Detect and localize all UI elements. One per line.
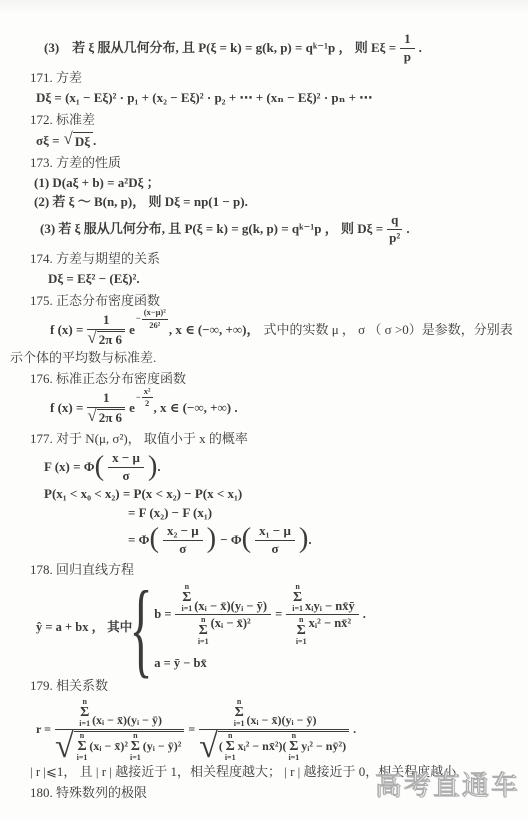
exponent-minus: − <box>136 314 141 323</box>
fraction-denominator: σ <box>271 541 278 557</box>
slope-equation: b = nΣi=1 (xᵢ − x̄)(yᵢ − ȳ) nΣi=1 (xᵢ − … <box>154 583 366 646</box>
fraction-denominator: p <box>404 49 411 65</box>
exponent-numerator: (x−μ)² <box>142 308 168 319</box>
minus-phi: − Φ <box>220 532 241 549</box>
formula-geometric-expectation: (3) 若 ξ 服从几何分布, 且 P(ξ = k) = g(k, p) = q… <box>44 32 514 65</box>
heading-176: 176. 标准正态分布密度函数 <box>30 371 514 388</box>
euler-e: e <box>129 322 135 339</box>
heading-175: 175. 正态分布密度函数 <box>30 293 514 310</box>
radical-icon: √ <box>55 733 74 761</box>
sigma-icon: Σ <box>226 740 235 754</box>
formula-173-2: (2) 若 ξ ～ B(n, p)， 则 Dξ = np(1 − p). <box>34 194 514 211</box>
radicand: 2π 6 <box>97 409 125 426</box>
b-equals: b = <box>154 606 171 622</box>
r-equals: r = <box>36 722 51 738</box>
fraction-denominator: σ <box>179 541 186 557</box>
fraction-denominator: nΣi=1 (xᵢ − x̄)² <box>196 615 251 646</box>
formula-lhs: f (x) = <box>50 400 83 417</box>
formula-end: . <box>406 221 409 238</box>
fraction-denominator: nΣi=1 xᵢ² − nx̄² <box>294 615 351 646</box>
formula-177-phi-diff: = Φ ( x₂ − μ σ ) − Φ ( x₁ − μ σ ) . <box>128 524 514 557</box>
system-rows: b = nΣi=1 (xᵢ − x̄)(yᵢ − ȳ) nΣi=1 (xᵢ − … <box>154 583 366 671</box>
exponent-denominator: 26² <box>149 320 160 330</box>
sum-lower: i=1 <box>296 638 307 646</box>
sigma-icon: Σ <box>131 740 140 754</box>
formula-lhs: f (x) = <box>50 322 83 339</box>
fraction: 1 √ 2π 6 <box>87 313 125 348</box>
formula-174: Dξ = Eξ² − (Eξ)². <box>48 271 514 288</box>
formula-text: (3) 若 ξ 服从几何分布, 且 P(ξ = k) = g(k, p) = q… <box>44 40 396 57</box>
exponent-numerator: x² <box>142 387 153 398</box>
sigma-icon: Σ <box>80 706 89 720</box>
sigma-icon: Σ <box>297 624 306 638</box>
fraction: 1 p <box>400 32 415 65</box>
scanned-formula-page: (3) 若 ξ 服从几何分布, 且 P(ξ = k) = g(k, p) = q… <box>0 0 528 820</box>
exponent-denominator: 2 <box>145 398 149 408</box>
summation: nΣi=1 <box>79 698 90 728</box>
fraction-denominator: √ nΣi=1 (xᵢ − x̄)² nΣi=1 (yᵢ − ȳ)² <box>55 730 184 762</box>
formula-178-regression: ŷ = a + bx ， 其中 { b = nΣi=1 (xᵢ − x̄)(yᵢ… <box>36 582 514 673</box>
sum-lower: i=1 <box>198 638 209 646</box>
page-content: (3) 若 ξ 服从几何分布, 且 P(ξ = k) = g(k, p) = q… <box>0 0 528 802</box>
fraction: x₂ − μ σ <box>163 524 203 557</box>
fraction-numerator: nΣi=1 xᵢyᵢ − nx̄ȳ <box>286 583 359 615</box>
fraction-numerator: x − μ <box>108 451 144 468</box>
fraction-numerator: x₁ − μ <box>255 524 295 541</box>
fraction-numerator: nΣi=1 (xᵢ − x̄)(yᵢ − ȳ) <box>55 698 184 730</box>
sum-lower: i=1 <box>288 754 299 762</box>
sum-lower: i=1 <box>225 754 236 762</box>
formula-tail-text: 式中的实数 μ ， σ （ σ >0）是参数，分别表 <box>263 322 512 339</box>
fraction-denominator: p² <box>389 230 400 246</box>
fraction-numerator: x₂ − μ <box>163 524 203 541</box>
heading-174: 174. 方差与期望的关系 <box>30 251 514 268</box>
fraction-denominator: σ <box>122 468 129 484</box>
fraction-numerator: nΣi=1 (xᵢ − x̄)(yᵢ − ȳ) <box>175 583 271 615</box>
fraction: x − μ σ <box>108 451 144 484</box>
formula-end: . <box>419 40 422 57</box>
sigma-icon: Σ <box>77 740 86 754</box>
heading-178: 178. 回归直线方程 <box>30 562 514 579</box>
radical-icon: √ <box>199 733 218 761</box>
formula-179-correlation: r = nΣi=1 (xᵢ − x̄)(yᵢ − ȳ) √ nΣi=1 (xᵢ … <box>36 698 514 762</box>
formula-lhs: σξ = <box>36 133 60 150</box>
exponent-fraction: x² 2 <box>142 387 153 409</box>
fraction-denominator: √ ( nΣi=1 xᵢ² − nx̄² )( nΣi=1 yᵢ² − nȳ² … <box>199 730 349 762</box>
sigma-icon: Σ <box>235 706 244 720</box>
radical-icon: √ <box>64 131 73 148</box>
radical-icon: √ <box>87 330 96 347</box>
watermark: 高考直通车 <box>375 769 520 804</box>
formula-177-F-diff: = F (x₂) − F (x₁) <box>128 505 514 522</box>
formula-text: (3) 若 ξ 服从几何分布, 且 P(ξ = k) = g(k, p) = q… <box>40 221 383 238</box>
formula-172-stddev: σξ = √ Dξ . <box>36 132 514 151</box>
summation: nΣi=1 <box>181 583 192 613</box>
radicand: Dξ <box>73 132 93 151</box>
formula-175-normal-density: f (x) = 1 √ 2π 6 e − (x−μ)² 26² , x ∈ (−… <box>50 313 514 348</box>
paren: ( <box>219 740 223 754</box>
radicand: nΣi=1 (xᵢ − x̄)² nΣi=1 (yᵢ − ȳ)² <box>74 731 185 762</box>
left-brace: { <box>130 576 153 678</box>
fraction-denominator: √ 2π 6 <box>87 408 125 426</box>
radicand: 2π 6 <box>97 331 125 348</box>
sum-lower: i=1 <box>130 754 141 762</box>
formula-end: . <box>157 459 160 476</box>
exponent-minus: − <box>136 393 141 402</box>
formula-domain: , x ∈ (−∞, +∞)， <box>169 322 260 339</box>
sigma-icon: Σ <box>182 591 191 605</box>
heading-173: 173. 方差的性质 <box>30 155 514 172</box>
sum-terms: xᵢ² − nx̄² <box>309 616 352 630</box>
intercept-equation: a = ȳ − bx̄ <box>154 655 366 671</box>
sum-lower: i=1 <box>77 754 88 762</box>
sum-lower: i=1 <box>79 720 90 728</box>
formula-end: . <box>363 606 366 622</box>
equals-phi: = Φ <box>128 532 149 549</box>
sum-terms: xᵢ² − nx̄² <box>238 740 279 754</box>
fraction: x₁ − μ σ <box>255 524 295 557</box>
sum-lower: i=1 <box>292 605 303 613</box>
paren: )( <box>278 740 286 754</box>
summation: nΣi=1 <box>130 732 141 762</box>
paren: ) <box>342 740 346 754</box>
formula-177-F: F (x) = Φ ( x − μ σ ) . <box>44 451 514 484</box>
euler-e: e <box>129 400 135 417</box>
formula-end: . <box>93 133 96 150</box>
formula-176-standard-normal: f (x) = 1 √ 2π 6 e − x² 2 , x ∈ (−∞, +∞)… <box>50 391 514 426</box>
formula-173-1: (1) D(aξ + b) = a²Dξ ； <box>34 175 514 192</box>
sigma-icon: Σ <box>289 740 298 754</box>
fraction: q p² <box>387 213 402 246</box>
sum-terms: (yᵢ − ȳ)² <box>143 740 182 754</box>
formula-lhs: F (x) = Φ <box>44 459 95 476</box>
square-root: √ nΣi=1 (xᵢ − x̄)² nΣi=1 (yᵢ − ȳ)² <box>55 731 184 762</box>
summation: nΣi=1 <box>234 698 245 728</box>
fraction: nΣi=1 (xᵢ − x̄)(yᵢ − ȳ) √ nΣi=1 (xᵢ − x̄… <box>55 698 184 762</box>
sum-terms: yᵢ² − nȳ² <box>301 740 342 754</box>
summation: nΣi=1 <box>288 732 299 762</box>
formula-171-variance: Dξ = (x₁ − Eξ)² · p₁ + (x₂ − Eξ)² · p₂ +… <box>36 90 514 107</box>
heading-177: 177. 对于 N(μ, σ²)， 取值小于 x 的概率 <box>30 431 514 448</box>
fraction-denominator: √ 2π 6 <box>87 330 125 348</box>
square-root: √ ( nΣi=1 xᵢ² − nx̄² )( nΣi=1 yᵢ² − nȳ² … <box>199 731 349 762</box>
heading-172: 172. 标准差 <box>30 112 514 129</box>
fraction-numerator: q <box>387 213 402 230</box>
square-root: √ 2π 6 <box>87 331 125 348</box>
fraction: nΣi=1 (xᵢ − x̄)(yᵢ − ȳ) √ ( nΣi=1 xᵢ² − … <box>199 698 349 762</box>
exponent: − x² 2 <box>136 387 154 409</box>
formula-175-continued: 示个体的平均数与标准差. <box>10 350 514 367</box>
fraction: 1 √ 2π 6 <box>87 391 125 426</box>
sum-terms: (xᵢ − x̄)(yᵢ − ȳ) <box>194 599 267 613</box>
fraction-numerator: nΣi=1 (xᵢ − x̄)(yᵢ − ȳ) <box>199 698 349 730</box>
fraction: nΣi=1 xᵢyᵢ − nx̄ȳ nΣi=1 xᵢ² − nx̄² <box>286 583 359 646</box>
summation: nΣi=1 <box>77 732 88 762</box>
radicand: ( nΣi=1 xᵢ² − nx̄² )( nΣi=1 yᵢ² − nȳ² ) <box>218 731 349 762</box>
exponent: − (x−μ)² 26² <box>136 308 169 330</box>
sum-lower: i=1 <box>234 720 245 728</box>
formula-lhs: ŷ = a + bx ， 其中 <box>36 619 132 635</box>
formula-end: . <box>353 722 356 738</box>
heading-171: 171. 方差 <box>30 70 514 87</box>
exponent-fraction: (x−μ)² 26² <box>142 308 168 330</box>
equation-system: { b = nΣi=1 (xᵢ − x̄)(yᵢ − ȳ) nΣi=1 (xᵢ … <box>132 582 366 673</box>
formula-domain: , x ∈ (−∞, +∞) . <box>154 400 238 417</box>
sigma-icon: Σ <box>199 624 208 638</box>
summation: nΣi=1 <box>296 616 307 646</box>
summation: nΣi=1 <box>225 732 236 762</box>
sum-terms: (xᵢ − x̄)² <box>89 740 128 754</box>
sum-lower: i=1 <box>181 605 192 613</box>
fraction: nΣi=1 (xᵢ − x̄)(yᵢ − ȳ) nΣi=1 (xᵢ − x̄)² <box>175 583 271 646</box>
formula-177-prob-chain: P(x₁ < x₀ < x₂) = P(x < x₂) − P(x < x₁) <box>44 486 514 503</box>
fraction-numerator: 1 <box>400 32 415 49</box>
formula-173-3: (3) 若 ξ 服从几何分布, 且 P(ξ = k) = g(k, p) = q… <box>40 213 514 246</box>
sum-terms: xᵢyᵢ − nx̄ȳ <box>305 599 355 613</box>
summation: nΣi=1 <box>198 616 209 646</box>
equals: = <box>275 606 282 622</box>
sum-terms: (xᵢ − x̄)(yᵢ − ȳ) <box>92 714 162 728</box>
equals: = <box>188 722 195 738</box>
sum-terms: (xᵢ − x̄)² <box>211 616 251 630</box>
sigma-icon: Σ <box>293 591 302 605</box>
sum-terms: (xᵢ − x̄)(yᵢ − ȳ) <box>247 714 317 728</box>
square-root: √ Dξ <box>64 132 93 151</box>
summation: nΣi=1 <box>292 583 303 613</box>
heading-179: 179. 相关系数 <box>30 678 514 695</box>
radical-icon: √ <box>87 408 96 425</box>
formula-end: . <box>308 532 311 549</box>
square-root: √ 2π 6 <box>87 409 125 426</box>
